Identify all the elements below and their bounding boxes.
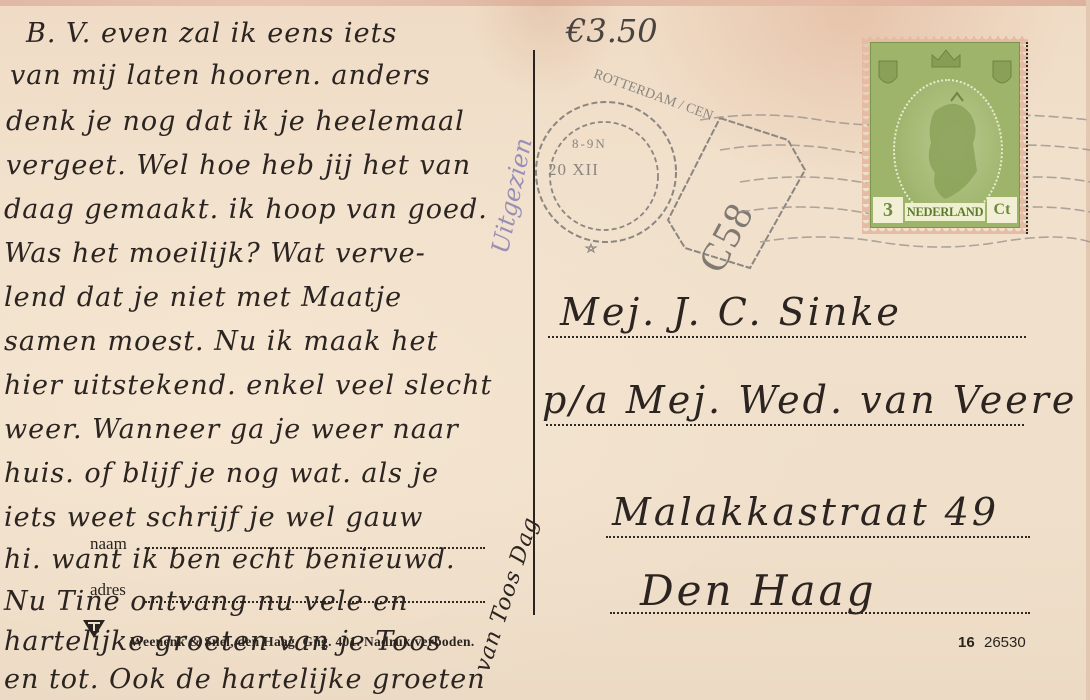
- serial-number: 26530: [984, 634, 1026, 651]
- name-dotted-line: [145, 547, 485, 549]
- worn-top-edge: [0, 0, 1090, 6]
- message-line: daag gemaakt. ik hoop van goed.: [4, 194, 488, 225]
- address-line-3: Malakkastraat 49: [612, 490, 999, 534]
- stamp-country: NEDERLAND: [905, 203, 985, 221]
- message-line: iets weet schrijf je wel gauw: [4, 502, 423, 533]
- address-line-4: Den Haag: [640, 566, 877, 615]
- postage-stamp: 3 NEDERLAND Ct: [862, 36, 1028, 234]
- publisher-footer: Weenenk & Snel, den Haag. Gng. 401. Nadr…: [130, 634, 475, 650]
- price-text: €3.50: [566, 12, 658, 50]
- address-dotted-line-2: [546, 424, 1024, 426]
- address-dotted-line: [145, 601, 485, 603]
- message-line: hier uitstekend. enkel veel slecht: [4, 370, 492, 401]
- address-line-1: Mej. J. C. Sinke: [560, 290, 902, 334]
- stamp-box-dotted-edge: [1026, 42, 1028, 234]
- stamp-value: 3: [873, 197, 903, 223]
- postmark-date: 20 XII: [548, 160, 599, 180]
- publisher-logo-icon: [82, 619, 106, 639]
- address-label: adres: [90, 580, 126, 600]
- stamp-unit: Ct: [987, 197, 1017, 223]
- address-line-2: p/a Mej. Wed. van Veere: [542, 378, 1077, 422]
- message-line: B. V. even zal ik eens iets: [26, 18, 397, 49]
- message-line: denk je nog dat ik je heelemaal: [6, 106, 465, 137]
- message-line: samen moest. Nu ik maak het: [4, 326, 438, 357]
- postcard: B. V. even zal ik eens iets van mij late…: [0, 0, 1090, 700]
- address-dotted-line-4: [610, 612, 1030, 614]
- address-dotted-line-3: [606, 536, 1030, 538]
- crown-icon: [929, 47, 963, 69]
- message-line: lend dat je niet met Maatje: [4, 282, 402, 313]
- center-divider-dotted: [533, 570, 535, 615]
- message-line: vergeet. Wel hoe heb jij het van: [6, 150, 471, 181]
- serial-prefix: 16: [958, 634, 975, 651]
- message-line: en tot. Ook de hartelijke groeten: [4, 664, 486, 695]
- message-line: weer. Wanneer ga je weer naar: [4, 414, 459, 445]
- message-line: huis. of blijf je nog wat. als je: [4, 458, 439, 489]
- name-label: naam: [90, 534, 127, 554]
- price-note: €3.50: [566, 12, 658, 50]
- address-dotted-line-1: [548, 336, 1026, 338]
- message-line: Was het moeilijk? Wat verve-: [4, 238, 426, 269]
- stamp-face: 3 NEDERLAND Ct: [870, 42, 1020, 228]
- message-line: van mij laten hooren. anders: [10, 60, 431, 91]
- postmark-time: 8-9N: [572, 136, 607, 152]
